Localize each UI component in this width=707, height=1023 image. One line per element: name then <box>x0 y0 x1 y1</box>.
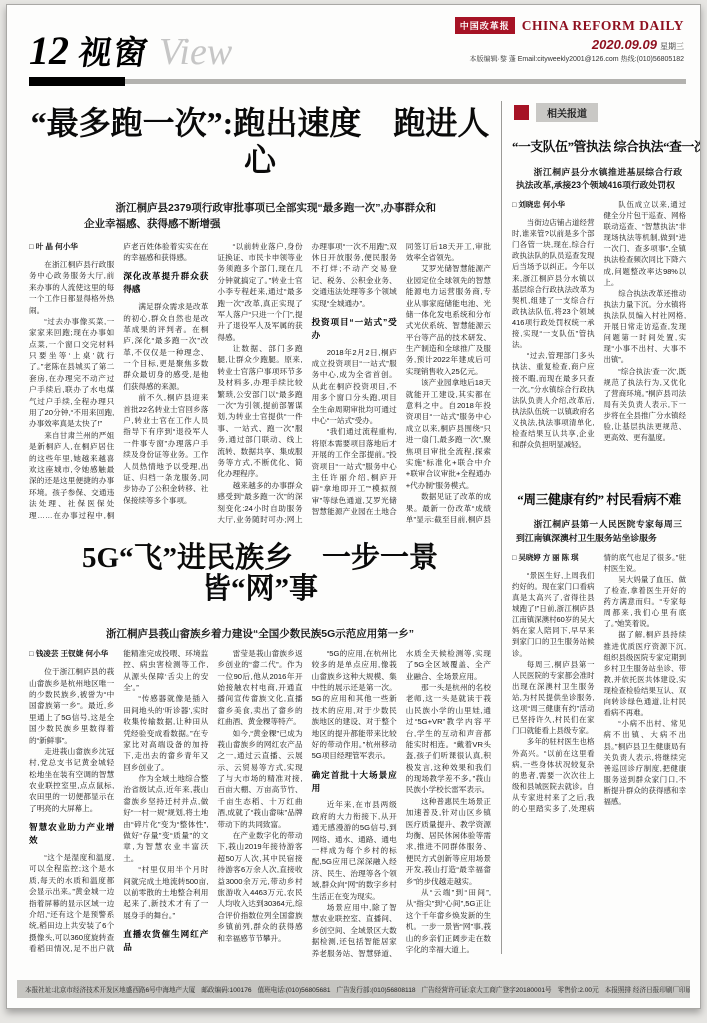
sub-headline: 投资项目“一站式”受办 <box>312 316 397 342</box>
issue-weekday: 星期三 <box>660 42 684 51</box>
header-rule-black-segment <box>29 77 125 86</box>
body-paragraph: “5G的应用,在杭州比较多的是单点应用,像莪山畲族乡这种大规模、集中性的展示还是… <box>312 648 397 762</box>
body-paragraph: 位于浙江桐庐县的莪山畲族乡是杭州地区唯一的少数民族乡,被誉为“中国畲族第一乡”。… <box>29 666 114 746</box>
body-paragraph: 每周三,桐庐县第一人民医院的专家都会准时出现在深澳村卫生服务站,为村民提供坐诊服… <box>512 659 595 737</box>
page-header: 12 视窗 View 中国改革报 CHINA REFORM DAILY 2020… <box>7 5 700 93</box>
body-paragraph: 这种普惠民生场景正加速普及,针对山区乡镇医疗质量提升、教学资源均衡、居民休闲体验… <box>406 796 491 887</box>
article-wednesday-health: “周三健康有约” 村民看病不难 浙江桐庐县第一人民医院专家每周三到江南镇深澳村卫… <box>512 489 686 944</box>
footer-item: 零售价:2.00元 <box>558 984 599 994</box>
body-paragraph: 让数据、部门多跑腿,让群众少跑腿。原来,转业士官落户事项环节多及材料多,办理手续… <box>217 343 302 480</box>
issue-date: 2020.09.09 <box>592 37 657 52</box>
column-divider-line <box>501 101 502 954</box>
newspaper-page-background: { "page": { "number": "12", "section_cn"… <box>0 0 707 1023</box>
date-row: 2020.09.09星期三 <box>455 37 684 52</box>
brand-row: 中国改革报 CHINA REFORM DAILY <box>455 17 684 34</box>
editor-contact-line: 本版编辑·黎 蓬 Email:cityweekly2001@126.com 热线… <box>455 54 684 64</box>
header-rule <box>29 77 686 86</box>
article1-body-columns: □ 叶 晶 何小华在浙江桐庐县行政服务中心政务服务大厅,前来办事的人流使这里的每… <box>29 241 491 527</box>
byline: □ 叶 晶 何小华 <box>29 241 114 252</box>
body-paragraph: 雷莹是莪山畲族乡返乡创业的“畲二代”。作为一位90后,他从2016年开始接触农村… <box>217 648 302 728</box>
brand-block: 中国改革报 CHINA REFORM DAILY 2020.09.09星期三 本… <box>455 17 684 64</box>
body-paragraph: 该产业园拿地后18天就能开工建设,其实都在意料之中。自2018年投资项目“一站式… <box>406 377 491 491</box>
body-paragraph: “景医生好,上周我们约好的。现在家门口看病真是太高兴了,省得往县城跑了!”日前,… <box>512 570 595 659</box>
footer-item: 广告经营许可证:京大工商广登字20180001号 <box>422 984 552 994</box>
body-paragraph: 综合执法改革还推动执法力量下沉。分水镇将执法队员编入村社网格,开展日常走访巡查,… <box>604 288 687 366</box>
body-paragraph: 从“云端”到“田间”,从“指尖”到“心间”,5G正让这个千年畲乡焕发新的生机。一… <box>406 887 491 955</box>
page-footer: 本报社址:北京市经济技术开发区地盛西路6号中海地产大厦邮政编码:100176值班… <box>17 980 690 998</box>
article1-headline: “最多跑一次”:跑出速度 跑进人心 <box>29 105 491 179</box>
byline: □ 吴晓婷 方 丽 陈 琪 <box>512 552 595 563</box>
article2-subtitle: 浙江桐庐县莪山畲族乡着力建设“全国少数民族5G示范应用第一乡” <box>29 626 491 641</box>
footer-item: 广告发行部:(010)56808118 <box>337 984 416 994</box>
related1-body-columns: □ 刘晓忠 何小华当街边店铺占道经营时,谁来管?以前是多个部门各管一块,现在,综… <box>512 199 686 467</box>
content-area: “最多跑一次”:跑出速度 跑进人心 浙江桐庐县2379项行政审批事项已全部实现“… <box>29 97 686 972</box>
body-paragraph: 在产业数字化的带动下,莪山2019年接待游客超50万人次,其中民宿接待游客6万余… <box>217 830 302 944</box>
related2-subtitle: 浙江桐庐县第一人民医院专家每周三到江南镇深澳村卫生服务站坐诊服务 <box>516 518 682 545</box>
footer-item: 本报照排 经济日报印刷厂印刷 <box>605 984 690 994</box>
newspaper-name-en: CHINA REFORM DAILY <box>522 18 684 34</box>
body-paragraph: “以前转业落户,身份证换证、市民卡申领等业务须跑多个部门,现在几分钟就搞定了。”… <box>217 241 302 344</box>
byline: □ 刘晓忠 何小华 <box>512 199 595 210</box>
related-reports-tag: 相关报道 <box>514 103 686 122</box>
sub-headline: 确定首批十大场景应用 <box>312 769 397 795</box>
main-column: “最多跑一次”:跑出速度 跑进人心 浙江桐庐县2379项行政审批事项已全部实现“… <box>29 97 491 972</box>
article1-subtitle: 浙江桐庐县2379项行政审批事项已全部实现“最多跑一次”,办事群众和企业幸福感、… <box>84 200 436 233</box>
header-rule-gray-segment <box>125 79 686 84</box>
body-paragraph: 据了解,桐庐县持续推进优质医疗资源下沉,组织县级医院专家定期到乡村卫生服务站坐诊… <box>604 629 687 718</box>
body-paragraph: 满足群众需求是改革的初心,群众自然也是改革成果的评判者。在桐庐,深化“最多跑一次… <box>123 301 208 392</box>
related2-body-columns: □ 吴晓婷 方 丽 陈 琪“景医生好,上周我们约好的。现在家门口看病真是太高兴了… <box>512 552 686 944</box>
body-paragraph: “综合执法‘查一次’,既规范了执法行为,又优化了营商环境。”桐庐县司法局有关负责… <box>604 366 687 444</box>
body-paragraph: 前不久,桐庐县迎来首批22名转业士官回乡落户,转业士官在工作人员指导下有序到“退… <box>123 392 208 506</box>
body-paragraph: 那一头是杭州的名校老师,这一头是就读于莪山民族小学的山里娃,通过“5G+VR”教… <box>406 682 491 796</box>
body-paragraph: “传感器就像是插入田间地头的‘听诊器’,实时收集传输数据,让种田从凭经验变成看数… <box>123 693 208 773</box>
body-paragraph: 近年来,在市县两级政府的大力衔接下,从开通无感漫游的5G信号,到网络、通水、通路… <box>312 799 397 902</box>
right-rail: 相关报道 “一支队伍”管执法 综合执法“查一次” 浙江桐庐县分水镇推进基层综合行… <box>512 97 686 972</box>
body-paragraph: 作为全域土地综合整治省级试点,近年来,莪山畲族乡坚持迁村并点,做好“一村一规”规… <box>123 773 208 864</box>
body-paragraph: 艾罗光储智慧能源产业园定位全球领先的智慧能源电力运营服务商,专业从事家庭储能电池… <box>406 263 491 377</box>
body-paragraph: “过去,管理部门多头执法、重复检查,商户应接不暇,而现在最多只查一次。”分水镇综… <box>512 350 595 450</box>
body-paragraph: 在浙江桐庐县行政服务中心政务服务大厅,前来办事的人流使这里的每一个工作日都显得格… <box>29 259 114 316</box>
red-square-icon <box>514 105 529 120</box>
related1-headline: “一支队伍”管执法 综合执法“查一次” <box>512 136 686 155</box>
sub-headline: 智慧农业助力产业增效 <box>29 821 114 847</box>
newspaper-page: 12 视窗 View 中国改革报 CHINA REFORM DAILY 2020… <box>6 4 701 1009</box>
section-title-cn: 视窗 <box>77 36 152 69</box>
body-paragraph: 如今,“黄金粿”已成为莪山畲族乡的网红农产品之一,通过云直播、云展示、云贸易等方… <box>217 728 302 831</box>
body-paragraph: “村里仅用半个月时间就完成土地流转500亩,以前零散的土地整合利用起来了,新技术… <box>123 864 208 921</box>
body-paragraph: 走进莪山畲族乡沈冠村,党总支书记黄金城轻松地坐在装有空调的智慧农业联控室里,点点… <box>29 746 114 814</box>
body-paragraph: 队伍成立以来,通过健全分片包干巡查、网格联动巡查、“智慧执法”非现场执法等机制,… <box>604 199 687 288</box>
article2-body-columns: □ 钱凌芸 王钗婕 何小华位于浙江桐庐县的莪山畲族乡是杭州地区唯一的少数民族乡,… <box>29 648 491 1009</box>
byline: □ 钱凌芸 王钗婕 何小华 <box>29 648 114 659</box>
body-paragraph: 2018年2月2日,桐庐成立投资项目“一站式”服务中心,成为全省首创。从此在桐庐… <box>312 347 397 427</box>
article-comprehensive-enforcement: “一支队伍”管执法 综合执法“查一次” 浙江桐庐县分水镇推进基层综合行政执法改革… <box>512 136 686 467</box>
newspaper-logo: 中国改革报 <box>455 17 515 34</box>
sub-headline: 直播农货催生网红产品 <box>123 928 208 954</box>
related1-subtitle: 浙江桐庐县分水镇推进基层综合行政执法改革,承接23个领域416项行政处罚权 <box>516 166 682 193</box>
article2-headline: 5G“飞”进民族乡 一步一景皆“网”事 <box>29 543 491 607</box>
sub-headline: 深化改革提升群众获得感 <box>123 270 208 296</box>
page-number: 12 <box>29 31 69 71</box>
related2-headline: “周三健康有约” 村民看病不难 <box>512 489 686 508</box>
section-masthead: 12 视窗 View <box>29 31 232 71</box>
related-tag-label: 相关报道 <box>536 103 598 122</box>
body-paragraph: 吴大妈量了血压、做了检查,拿着医生开好的药方满意而归。“专家每周都来,我们心里有… <box>604 574 687 630</box>
footer-item: 本报社址:北京市经济技术开发区地盛西路6号中海地产大厦 <box>25 984 195 994</box>
section-title-en: View <box>159 33 232 71</box>
footer-item: 邮政编码:100176 <box>201 984 251 994</box>
body-paragraph: 当街边店铺占道经营时,谁来管?以前是多个部门各管一块,现在,综合行政执法队的队员… <box>512 217 595 350</box>
footer-item: 值班电话:(010)56805681 <box>258 984 331 994</box>
article-5g: 5G“飞”进民族乡 一步一景皆“网”事 浙江桐庐县莪山畲族乡着力建设“全国少数民… <box>29 543 491 1009</box>
article-zuiduopao: “最多跑一次”:跑出速度 跑进人心 浙江桐庐县2379项行政审批事项已全部实现“… <box>29 105 491 527</box>
body-paragraph: “过去办事像买菜,一家家来回跑;现在办事如点菜,一个窗口交完材料只要坐等‘上桌’… <box>29 316 114 430</box>
body-paragraph: “小病不出村、常见病不出镇、大病不出县。”桐庐县卫生健康局有关负责人表示,将继续… <box>604 718 687 807</box>
